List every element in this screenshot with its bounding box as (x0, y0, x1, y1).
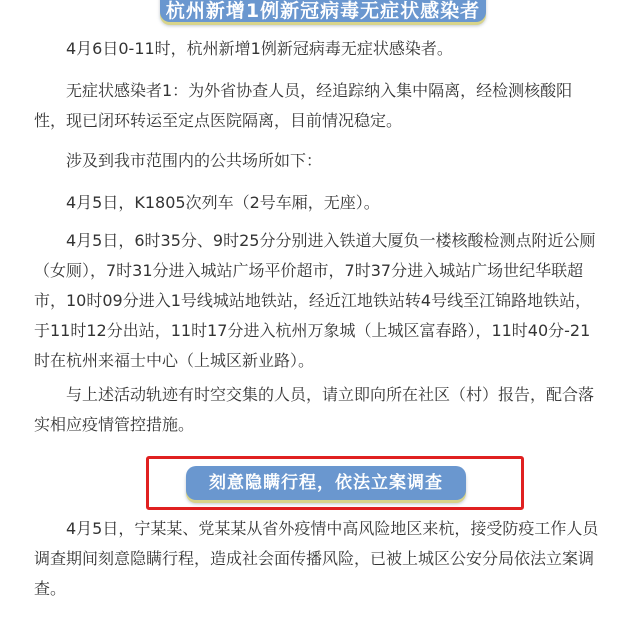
section-heading-banner-middle: 刻意隐瞒行程，依法立案调查 (186, 466, 466, 500)
paragraph-train: 4月5日，K1805次列车（2号车厢，无座）。 (34, 188, 604, 218)
section-heading-middle-text: 刻意隐瞒行程，依法立案调查 (209, 473, 443, 493)
section-heading-banner-top: 杭州新增1例新冠病毒无症状感染者 (160, 0, 486, 22)
paragraph-itinerary: 4月5日，6时35分、9时25分分别进入铁道大厦负一楼核酸检测点附近公厕（女厕）… (34, 226, 604, 376)
section-heading-top-text: 杭州新增1例新冠病毒无症状感染者 (166, 0, 480, 22)
paragraph-places-intro: 涉及到我市范围内的公共场所如下： (34, 146, 604, 176)
paragraph-case-1: 无症状感染者1：为外省协查人员，经追踪纳入集中隔离，经检测核酸阳性，现已闭环转运… (34, 76, 604, 136)
paragraph-notice: 与上述活动轨迹有时空交集的人员，请立即向所在社区（村）报告，配合落实相应疫情管控… (34, 380, 604, 440)
paragraph-summary: 4月6日0-11时，杭州新增1例新冠病毒无症状感染者。 (34, 34, 604, 64)
paragraph-investigation: 4月5日，宁某某、党某某从省外疫情中高风险地区来杭，接受防疫工作人员调查期间刻意… (34, 514, 604, 604)
